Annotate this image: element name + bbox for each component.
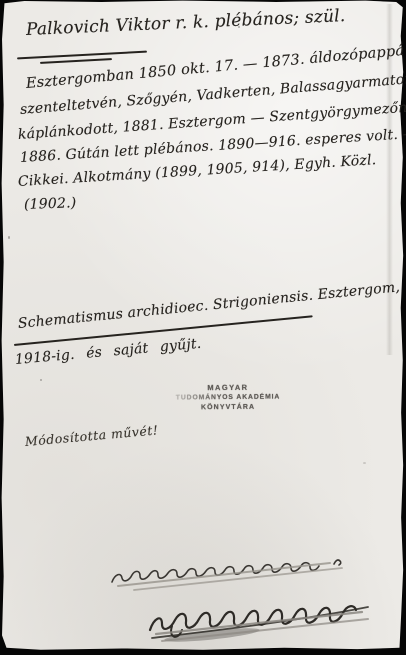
stamp-line: TUDOMÁNYOS AKADÉMIA bbox=[166, 392, 290, 403]
paper-speck bbox=[363, 462, 366, 464]
stamp-line: KÖNYVTÁRA bbox=[166, 402, 290, 413]
body-line: (1902.) bbox=[24, 195, 77, 213]
crossed-out-note-lower bbox=[142, 586, 377, 648]
scanned-card: Palkovich Viktor r. k. plébános; szül. E… bbox=[0, 0, 406, 655]
handwriting-scrawl bbox=[112, 563, 319, 582]
paper-speck bbox=[8, 236, 10, 239]
paper-speck bbox=[40, 379, 42, 381]
handwriting-mark bbox=[334, 560, 341, 565]
library-stamp: MAGYAR TUDOMÁNYOS AKADÉMIA KÖNYVTÁRA bbox=[166, 382, 290, 412]
handwriting-scrawl bbox=[150, 606, 356, 630]
